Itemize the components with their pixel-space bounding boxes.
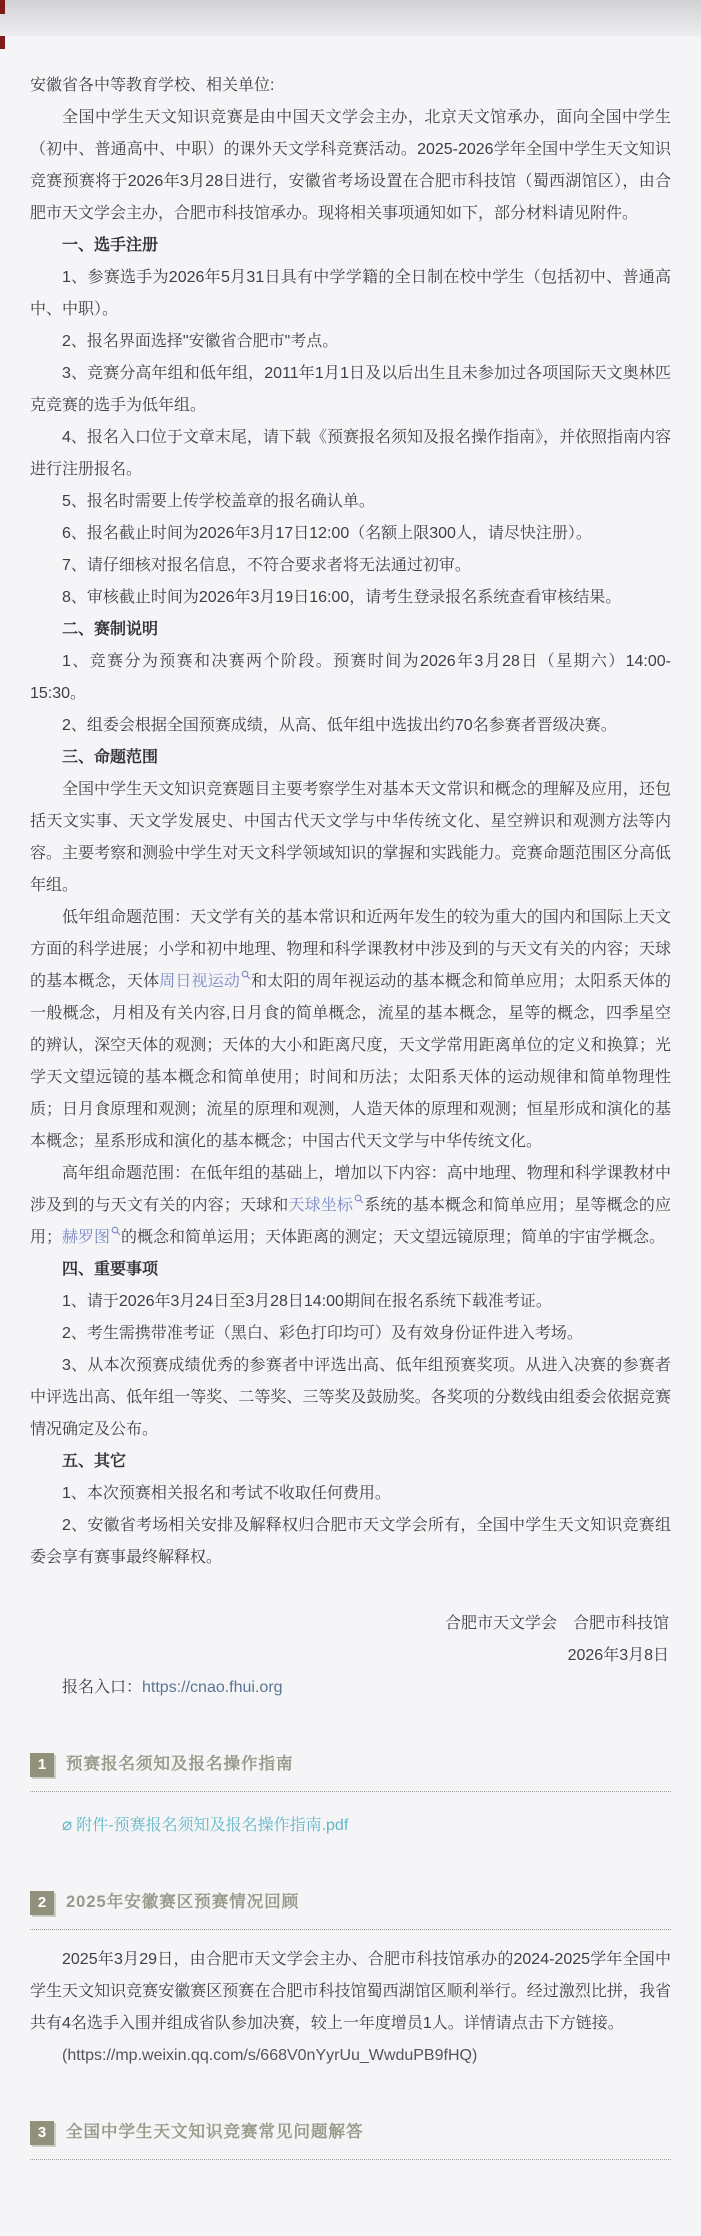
section-number-badge: 3 (30, 2121, 54, 2145)
section-number-badge: 2 (30, 1891, 54, 1915)
attachment-header: 3 全国中学生天文知识竞赛常见问题解答 (30, 2116, 671, 2160)
registration-item: 8、审核截止时间为2026年3月19日16:00，请考生登录报名系统查看审核结果… (30, 582, 671, 614)
section-heading-format: 二、赛制说明 (30, 614, 671, 646)
artifact-red-mark (0, 36, 5, 49)
scope-high-text: 的概念和简单运用；天体距离的测定；天文望远镜原理；简单的宇宙学概念。 (121, 1229, 665, 1246)
important-item: 2、考生需携带准考证（黑白、彩色打印均可）及有效身份证件进入考场。 (30, 1318, 671, 1350)
attachment-title: 2025年安徽赛区预赛情况回顾 (66, 1886, 299, 1919)
entity-link-celestial-coordinates[interactable]: 天球坐标 (288, 1197, 364, 1214)
review-link-line: (https://mp.weixin.qq.com/s/668V0nYyrUu_… (30, 2040, 671, 2072)
top-bar (0, 0, 701, 36)
attachment-title: 全国中学生天文知识竞赛常见问题解答 (66, 2116, 364, 2149)
section-heading-other: 五、其它 (30, 1446, 671, 1478)
registration-item: 1、参赛选手为2026年5月31日具有中学学籍的全日制在校中学生（包括初中、普通… (30, 262, 671, 326)
attachment-title: 预赛报名须知及报名操作指南 (66, 1748, 294, 1781)
signature-date: 2026年3月8日 (30, 1640, 669, 1672)
signature-org: 合肥市天文学会 合肥市科技馆 (30, 1608, 669, 1640)
review-body: 2025年3月29日，由合肥市天文学会主办、合肥市科技馆承办的2024-2025… (30, 1944, 671, 2072)
signature-block: 合肥市天文学会 合肥市科技馆 2026年3月8日 (30, 1608, 671, 1672)
registration-item: 7、请仔细核对报名信息，不符合要求者将无法通过初审。 (30, 550, 671, 582)
registration-item: 5、报名时需要上传学校盖章的报名确认单。 (30, 486, 671, 518)
important-item: 1、请于2026年3月24日至3月28日14:00期间在报名系统下载准考证。 (30, 1286, 671, 1318)
registration-item: 2、报名界面选择"安徽省合肥市"考点。 (30, 326, 671, 358)
review-article-link[interactable]: (https://mp.weixin.qq.com/s/668V0nYyrUu_… (62, 2047, 477, 2064)
format-item: 2、组委会根据全国预赛成绩，从高、低年组中选拔出约70名参赛者晋级决赛。 (30, 710, 671, 742)
attachment-file-link[interactable]: ⌀附件-预赛报名须知及报名操作指南.pdf (62, 1817, 348, 1834)
section-heading-scope: 三、命题范围 (30, 742, 671, 774)
attachment-header: 2 2025年安徽赛区预赛情况回顾 (30, 1886, 671, 1930)
section-heading-registration: 一、选手注册 (30, 230, 671, 262)
attachment-section-guide: 1 预赛报名须知及报名操作指南 ⌀附件-预赛报名须知及报名操作指南.pdf (30, 1748, 671, 1842)
intro-paragraph: 全国中学生天文知识竞赛是由中国天文学会主办，北京天文馆承办，面向全国中学生（初中… (30, 102, 671, 230)
other-item: 1、本次预赛相关报名和考试不收取任何费用。 (30, 1478, 671, 1510)
attachment-section-faq: 3 全国中学生天文知识竞赛常见问题解答 (30, 2116, 671, 2160)
section-number-badge: 1 (30, 1753, 54, 1777)
format-item: 1、竞赛分为预赛和决赛两个阶段。预赛时间为2026年3月28日（星期六）14:0… (30, 646, 671, 710)
scope-low-group-paragraph: 低年组命题范围：天文学有关的基本常识和近两年发生的较为重大的国内和国际上天文方面… (30, 902, 671, 1158)
attachment-header: 1 预赛报名须知及报名操作指南 (30, 1748, 671, 1792)
section-heading-important: 四、重要事项 (30, 1254, 671, 1286)
search-icon (354, 1194, 364, 1204)
review-paragraph: 2025年3月29日，由合肥市天文学会主办、合肥市科技馆承办的2024-2025… (30, 1944, 671, 2040)
registration-entry-line: 报名入口：https://cnao.fhui.org (30, 1672, 671, 1704)
entity-link-diurnal-motion[interactable]: 周日视运动 (159, 973, 251, 990)
entry-label: 报名入口： (62, 1679, 142, 1696)
scope-overview-paragraph: 全国中学生天文知识竞赛题目主要考察学生对基本天文常识和概念的理解及应用，还包括天… (30, 774, 671, 902)
notice-document: 安徽省各中等教育学校、相关单位: 全国中学生天文知识竞赛是由中国天文学会主办，北… (0, 36, 701, 2160)
paperclip-icon: ⌀ (62, 1815, 72, 1834)
attachment-file-row: ⌀附件-预赛报名须知及报名操作指南.pdf (62, 1808, 671, 1842)
other-item: 2、安徽省考场相关安排及解释权归合肥市天文学会所有，全国中学生天文知识竞赛组委会… (30, 1510, 671, 1574)
registration-item: 3、竞赛分高年组和低年组，2011年1月1日及以后出生且未参加过各项国际天文奥林… (30, 358, 671, 422)
attachment-file-name: 附件-预赛报名须知及报名操作指南.pdf (76, 1817, 348, 1834)
important-item: 3、从本次预赛成绩优秀的参赛者中评选出高、低年组预赛奖项。从进入决赛的参赛者中评… (30, 1350, 671, 1446)
artifact-red-mark (0, 0, 5, 14)
salutation: 安徽省各中等教育学校、相关单位: (30, 70, 671, 102)
search-icon (241, 970, 251, 980)
scope-high-group-paragraph: 高年组命题范围：在低年组的基础上，增加以下内容：高中地理、物理和科学课教材中涉及… (30, 1158, 671, 1254)
attachment-section-review: 2 2025年安徽赛区预赛情况回顾 2025年3月29日，由合肥市天文学会主办、… (30, 1886, 671, 2072)
entity-link-hr-diagram[interactable]: 赫罗图 (62, 1229, 121, 1246)
registration-entry-link[interactable]: https://cnao.fhui.org (142, 1679, 283, 1696)
scope-low-text: 和太阳的周年视运动的基本概念和简单应用；太阳系天体的一般概念，月相及有关内容,日… (30, 973, 671, 1150)
registration-item: 4、报名入口位于文章末尾，请下载《预赛报名须知及报名操作指南》，并依照指南内容进… (30, 422, 671, 486)
search-icon (111, 1226, 121, 1236)
registration-item: 6、报名截止时间为2026年3月17日12:00（名额上限300人，请尽快注册）… (30, 518, 671, 550)
